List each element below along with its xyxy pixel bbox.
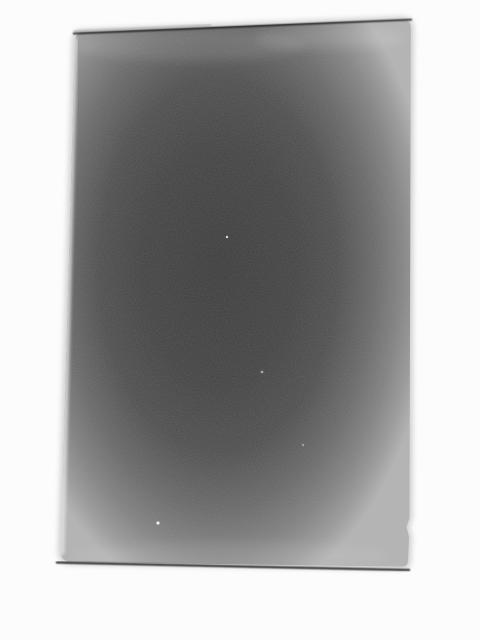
dust-speck (156, 521, 159, 524)
cloth-grain-texture (55, 14, 417, 574)
book-photo (0, 0, 480, 640)
book-photo-canvas (0, 0, 480, 640)
dust-speck (226, 236, 228, 238)
dust-speck (261, 371, 264, 374)
dust-speck (302, 444, 304, 446)
